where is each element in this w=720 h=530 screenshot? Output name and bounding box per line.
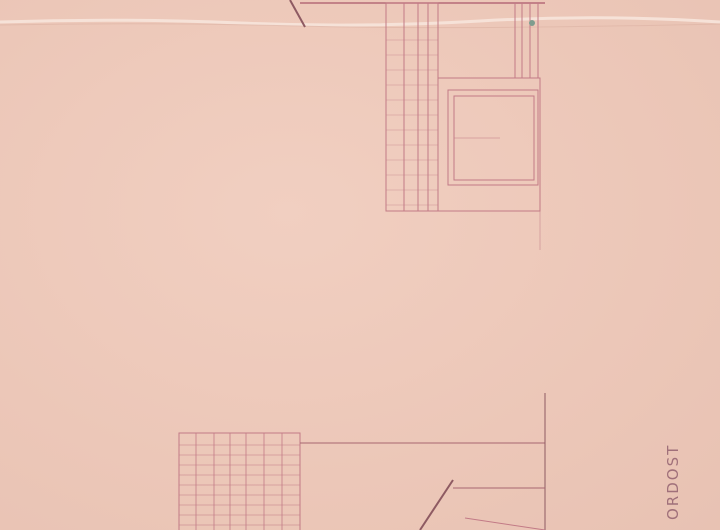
pin-mark [529,20,535,26]
orientation-label: ORDOST [664,444,682,520]
lower-wall-structure [179,393,545,530]
upper-wall-structure [290,0,545,250]
drawing-sheet: ORDOST [0,0,720,530]
plan-drawing [0,0,720,530]
